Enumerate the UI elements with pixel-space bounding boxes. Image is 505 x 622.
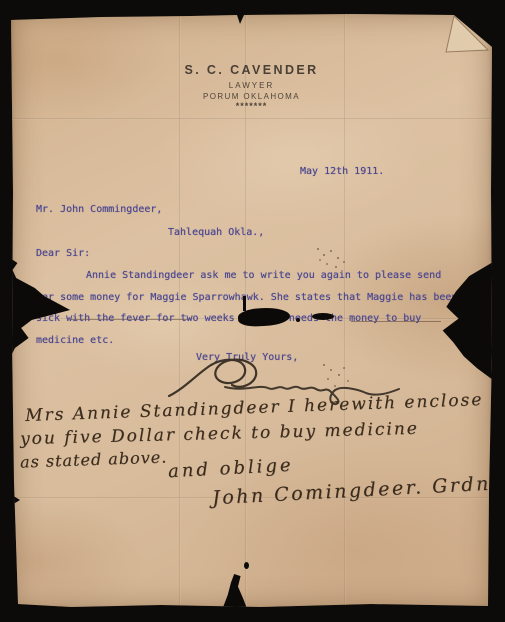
letter-paper: S. C. CAVENDER LAWYER PORUM OKLAHOMA ***…: [11, 12, 492, 609]
hole-dot: [296, 318, 300, 322]
letter-recipient-place: Tahlequah Okla.,: [168, 227, 264, 238]
letterhead-ornament: *******: [11, 101, 492, 111]
hole-dot: [244, 562, 249, 569]
tear-right-edge: [440, 262, 493, 380]
letter-body-line: sick with the fever for two weeks and sh…: [36, 313, 421, 324]
letter-body-line: her some money for Maggie Sparrowhawk. S…: [36, 292, 457, 303]
tear-bottom-notch: [222, 574, 254, 610]
handwritten-line: as stated above.: [20, 447, 168, 471]
letter-date: May 12th 1911.: [300, 166, 384, 177]
ink-speckles: [317, 248, 319, 250]
letter-salutation: Dear Sir:: [36, 248, 90, 259]
ink-speckles: [323, 364, 325, 366]
letterhead-location: PORUM OKLAHOMA: [11, 92, 492, 101]
letterhead-title: LAWYER: [11, 81, 492, 90]
letter-body-line: Annie Standingdeer ask me to write you a…: [86, 270, 441, 281]
letterhead-name: S. C. CAVENDER: [11, 63, 492, 77]
letter-recipient: Mr. John Commingdeer,: [36, 204, 162, 215]
hole-center-crease-small: [312, 313, 334, 320]
scan-background: S. C. CAVENDER LAWYER PORUM OKLAHOMA ***…: [0, 0, 505, 622]
tear-left-nick: [10, 494, 20, 506]
fold-crease-horizontal: [11, 118, 492, 120]
folded-corner-flap: [436, 12, 492, 58]
handwritten-signature: John Comingdeer. Grdn: [212, 473, 492, 510]
hole-sliver: [243, 296, 246, 311]
handwritten-line: and oblige: [168, 455, 295, 483]
letter-body-line: medicine etc.: [36, 335, 114, 346]
